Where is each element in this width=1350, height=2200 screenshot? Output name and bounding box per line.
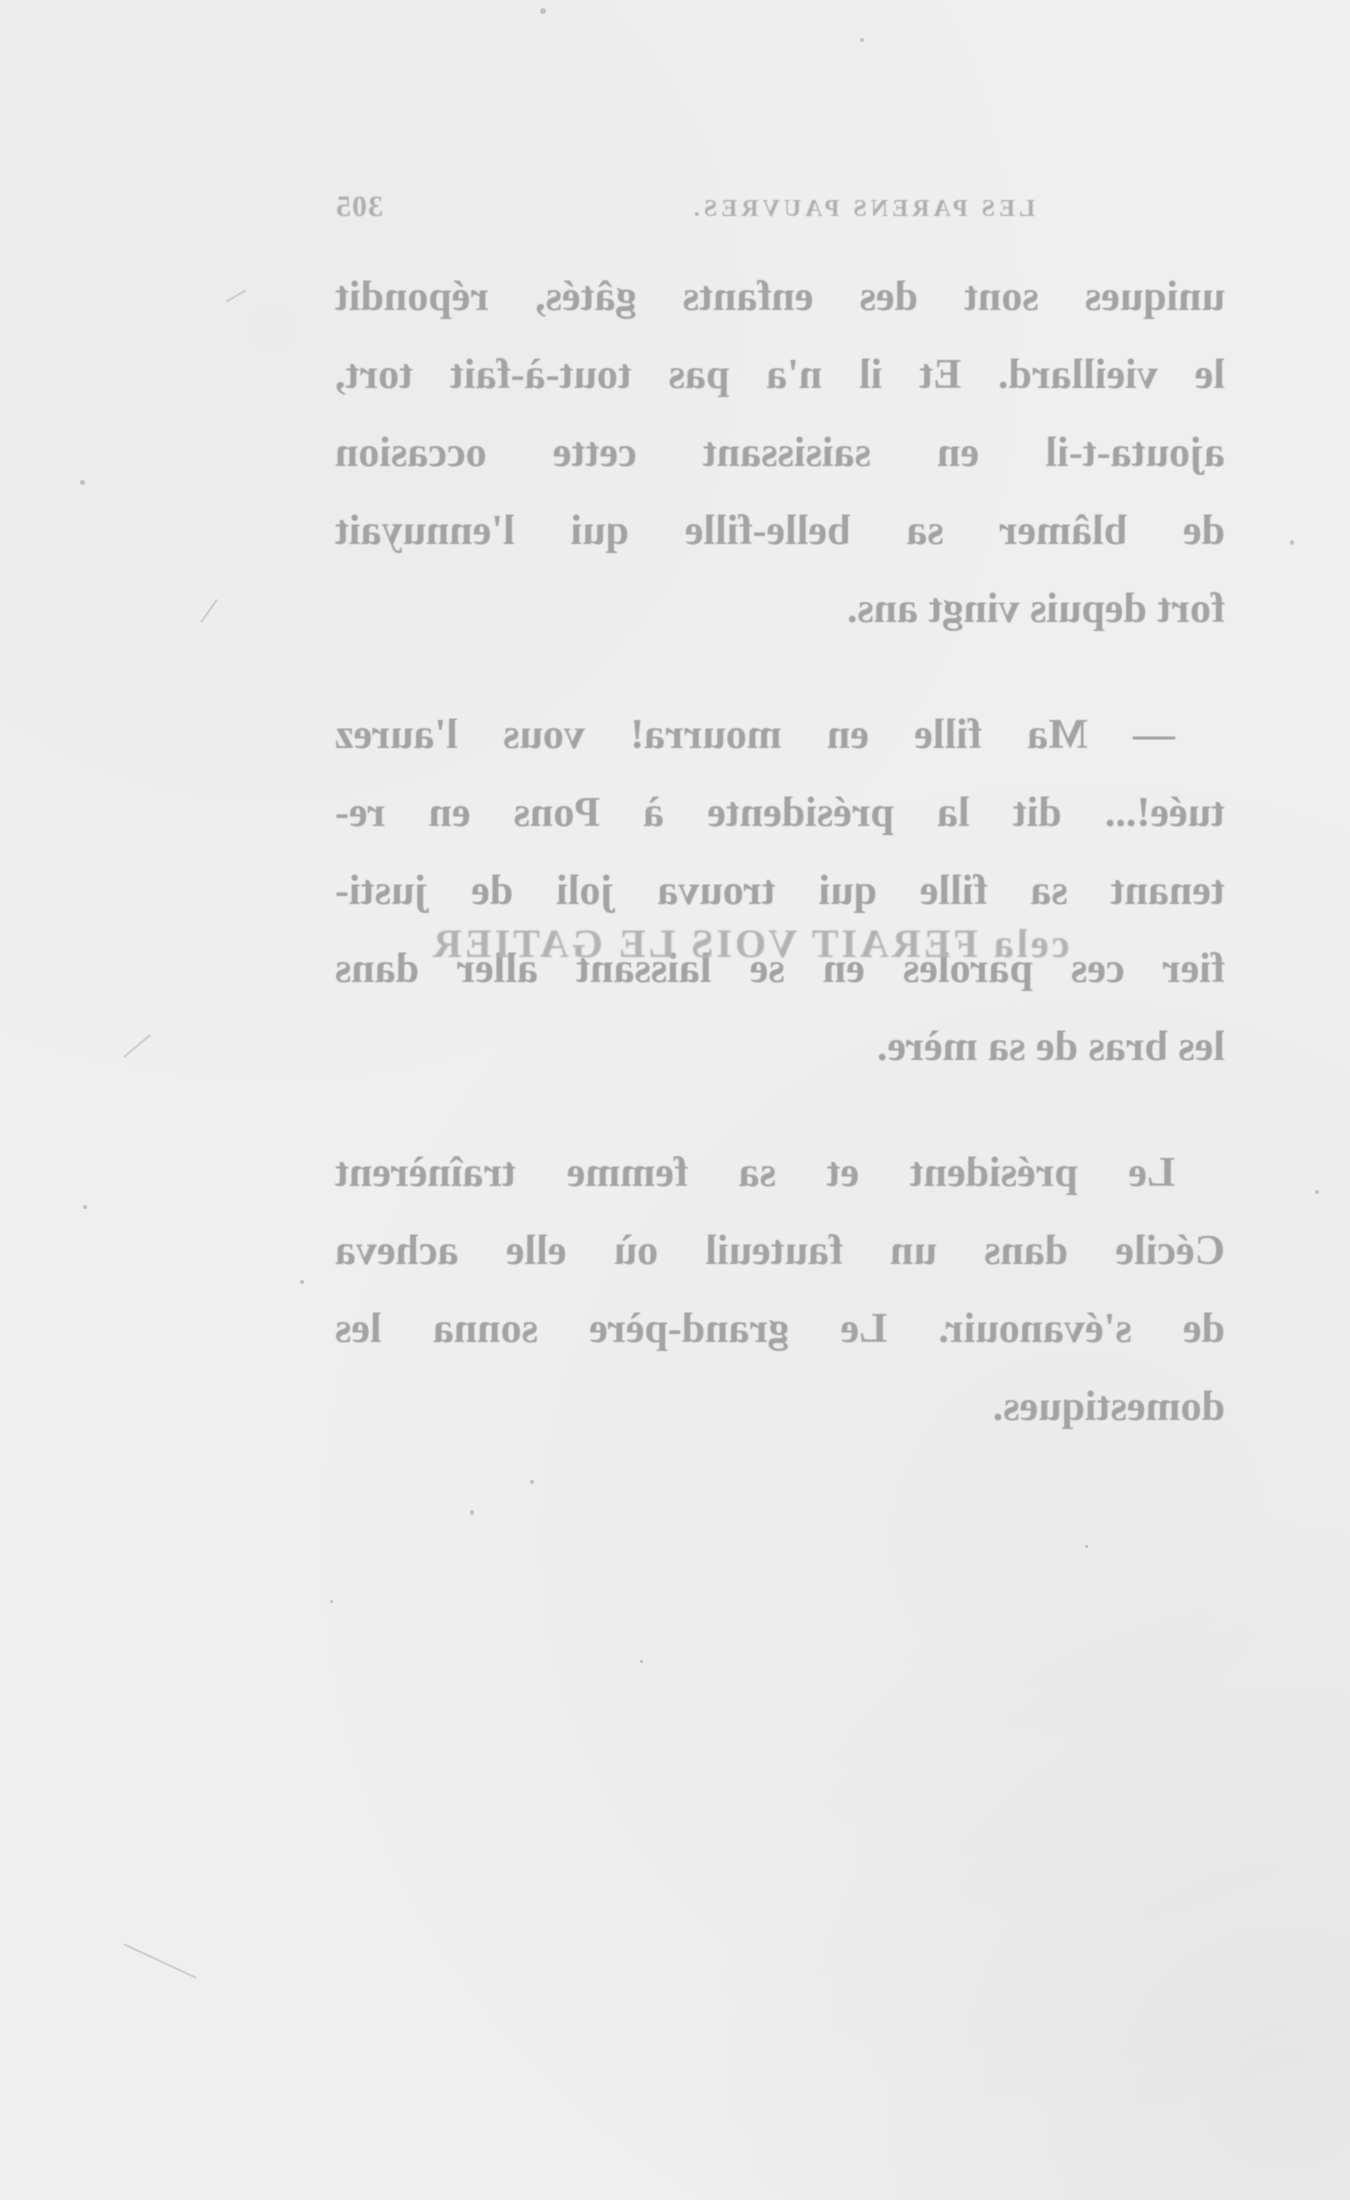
paper-speck xyxy=(80,480,85,485)
paper-speck xyxy=(1290,540,1294,545)
text-line: uniques sont des enfants gâtés, répondit xyxy=(335,258,1225,336)
text-line: tuée!... dit la présidente à Pons en re- xyxy=(335,774,1225,852)
paper-speck xyxy=(470,1510,474,1515)
paper-speck xyxy=(83,1205,87,1209)
paper-speck xyxy=(640,1660,643,1663)
scanned-page: LES PARENS PAUVRES. 305 uniques sont des… xyxy=(0,0,1350,2200)
text-line: le vieillard. Et il n'a pas tout-à-fait … xyxy=(335,336,1225,414)
page-number: 305 xyxy=(335,190,383,224)
paper-scratch xyxy=(123,1943,196,1979)
text-line: fort depuis vingt ans. xyxy=(335,570,1225,648)
text-line: ajouta-t-il en saisissant cette occasion xyxy=(335,414,1225,492)
running-head-title: LES PARENS PAUVRES. xyxy=(690,196,1035,223)
paper-scratch xyxy=(123,1034,150,1057)
text-line: Cécile dans un fauteuil où elle acheva xyxy=(335,1212,1225,1290)
running-head: LES PARENS PAUVRES. 305 xyxy=(335,190,1225,230)
text-line: — Ma fille en mourra! vous l'aurez xyxy=(335,696,1225,774)
paper-speck xyxy=(300,1280,304,1284)
paragraph: — Ma fille en mourra! vous l'aurez tuée!… xyxy=(335,696,1225,1086)
text-line: tenant sa fille qui trouva joli de justi… xyxy=(335,852,1225,930)
text-line: de s'évanouir. Le grand-père sonna les xyxy=(335,1290,1225,1368)
paper-speck xyxy=(540,8,546,14)
text-line: Le président et sa femme traînèrent xyxy=(335,1134,1225,1212)
paper-speck xyxy=(860,38,864,42)
text-line: les bras de sa mère. xyxy=(335,1008,1225,1086)
paper-speck xyxy=(1315,1190,1319,1194)
paper-speck xyxy=(530,1480,534,1484)
text-line: de blâmer sa belle-fille qui l'ennuyait xyxy=(335,492,1225,570)
paragraph: uniques sont des enfants gâtés, répondit… xyxy=(335,258,1225,648)
paragraph: Le président et sa femme traînèrent Céci… xyxy=(335,1134,1225,1446)
paper-speck xyxy=(330,1600,333,1603)
text-line: domestiques. xyxy=(335,1368,1225,1446)
paper-scratch xyxy=(200,599,218,623)
overlapping-bleed-text: cela FERAIT VOIS LE GATIER xyxy=(430,920,1070,967)
show-through-text-block: LES PARENS PAUVRES. 305 uniques sont des… xyxy=(335,190,1225,1494)
paper-speck xyxy=(1085,1545,1088,1548)
paper-scratch xyxy=(226,290,246,303)
